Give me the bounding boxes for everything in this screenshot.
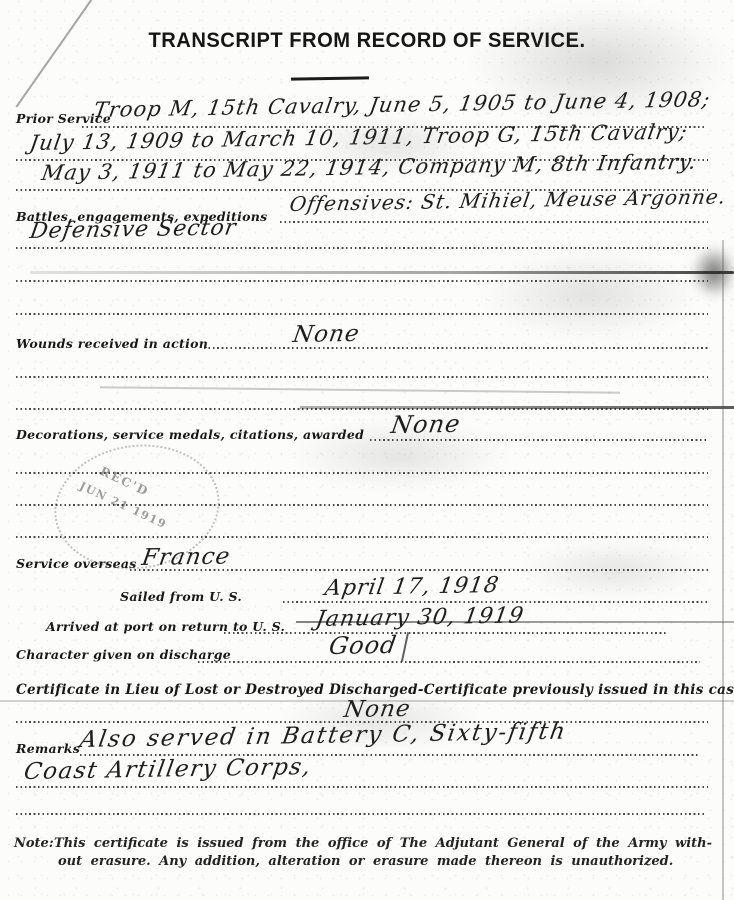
dotted-line (16, 504, 708, 506)
note-line-2: out erasure. Any addition, alteration or… (58, 854, 673, 869)
wounds-label: Wounds received in action (16, 336, 208, 351)
dotted-line (204, 347, 708, 349)
fold-crease (100, 386, 620, 393)
wounds-value: None (291, 321, 362, 348)
scanned-service-record: TRANSCRIPT FROM RECORD OF SERVICE. Prior… (0, 0, 734, 900)
dotted-line (370, 439, 708, 441)
battles-entry-2: Defensive Sector (28, 215, 238, 244)
dotted-line (16, 376, 708, 378)
sailed-value: April 17, 1918 (323, 573, 501, 601)
note-line-1: This certificate is issued from the offi… (54, 836, 712, 851)
remarks-label: Remarks (16, 741, 80, 756)
dotted-line (198, 661, 700, 663)
dotted-line (16, 536, 708, 538)
decorations-value: None (389, 410, 463, 439)
dotted-line (283, 601, 708, 603)
dotted-line (280, 221, 708, 223)
dotted-line (16, 786, 708, 788)
fold-crease (30, 271, 734, 274)
remarks-entry-1: Also served in Battery C, Sixty-fifth (78, 719, 569, 753)
prior-service-entry-2: July 13, 1909 to March 10, 1911, Troop G… (28, 120, 690, 155)
paper-mottle (480, 250, 700, 340)
dotted-line (16, 280, 708, 282)
title-rule (291, 76, 369, 80)
dotted-line (16, 313, 708, 315)
character-value: Good (327, 631, 399, 660)
service-overseas-label: Service overseas (16, 556, 137, 571)
dotted-line (224, 632, 666, 634)
pen-stroke (401, 632, 409, 662)
character-label: Character given on discharge (16, 647, 231, 662)
dotted-line (16, 813, 706, 815)
arrived-value: January 30, 1919 (314, 603, 526, 632)
note-label: Note: (14, 836, 54, 851)
prior-service-entry-1: Troop M, 15th Cavalry, June 5, 1905 to J… (92, 87, 712, 122)
dotted-line (16, 408, 708, 410)
certificate-value: None (342, 696, 413, 723)
dotted-line (16, 472, 708, 474)
vertical-crease (722, 240, 724, 900)
document-title: TRANSCRIPT FROM RECORD OF SERVICE. (15, 29, 720, 53)
dotted-line (16, 247, 708, 249)
sailed-label: Sailed from U. S. (120, 589, 242, 604)
service-overseas-value: France (140, 543, 232, 571)
diagonal-crease (16, 0, 93, 107)
decorations-label: Decorations, service medals, citations, … (16, 427, 364, 442)
ink-smudge (692, 246, 734, 298)
remarks-entry-2: Coast Artillery Corps, (22, 754, 314, 785)
prior-service-entry-3: May 3, 1911 to May 22, 1914, Company M, … (40, 150, 699, 185)
